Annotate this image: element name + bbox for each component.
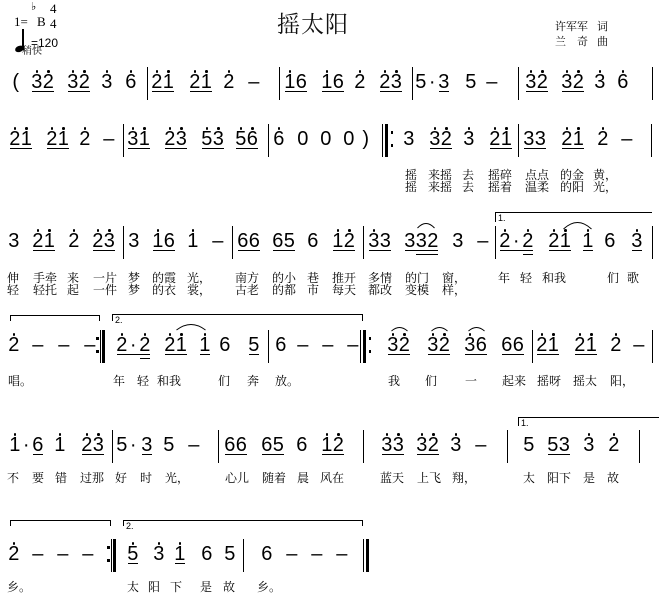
note-group: 32 [429,128,452,154]
underline [117,354,151,355]
underline [500,250,534,251]
lyric-syllable: 的衣 [152,284,176,296]
time-signature-numerator: 4 [50,3,57,15]
octave-dot-icon [167,70,170,73]
octave-dot-icon [588,433,591,436]
note: 3 [450,434,462,456]
octave-dot-icon [337,229,340,232]
note: 5 [163,434,175,456]
note: 6 [237,230,249,252]
note-group: 6 [273,128,285,154]
note: 3 [583,434,595,456]
octave-dot-icon [443,333,446,336]
lyric-syllable: 唱。 [8,375,32,387]
octave-dot-icon [59,433,62,436]
underline [175,563,186,564]
note-group: 6 [125,71,137,97]
octave-dot-icon [157,229,160,232]
note-group: – [297,334,309,360]
sustain-dash: – [297,334,309,356]
note: 3 [380,230,392,252]
lyric-syllable: 古老 [235,284,259,296]
slur-icon [417,223,435,229]
bar-line [123,124,124,157]
note-group: 3 [153,543,165,569]
note-group: 0 [343,128,355,154]
volta-bracket [10,315,100,321]
octave-dot-icon [73,229,76,232]
note: 2 [548,230,560,252]
lyric-syllable: 摇太 [573,375,597,387]
note-group: 33 [381,434,404,460]
note-group: 1 [199,334,211,360]
lyric-syllable: 晨 [297,472,309,484]
sustain-dash: – [103,128,115,150]
note: 2 [68,230,80,252]
note-group: – [336,543,348,569]
sustain-dash: – [633,334,645,356]
note-group: ) [360,128,372,154]
augmentation-dot: · [21,434,33,456]
note: 3 [391,71,403,93]
note: 3 [463,128,475,150]
note: 2 [43,71,55,93]
note: 2 [79,71,91,93]
note: 1 [321,434,333,456]
sustain-dash: – [286,543,298,565]
octave-dot-icon [217,127,220,130]
note-group: 6 [604,230,616,256]
underline [285,91,307,92]
note-group: 3 [463,128,475,154]
octave-dot-icon [169,333,172,336]
lyric-syllable: 我 [388,375,400,387]
octave-dot-icon [553,229,556,232]
lyric-syllable: 光， [593,181,617,193]
note: 5 [415,71,427,93]
repeat-dot-icon [107,559,110,562]
note-group: 32 [525,71,548,97]
note: 2 [81,434,93,456]
lyric-syllable: 都改 [368,284,392,296]
note-group: 21 [32,230,55,256]
underline [417,454,439,455]
sustain-dash: – [486,71,498,93]
octave-dot-icon [395,70,398,73]
note-group: 36 [464,334,487,360]
underline [236,148,258,149]
octave-dot-icon [192,229,195,232]
slur-icon [176,324,206,331]
note: 6 [261,434,273,456]
underline [439,91,450,92]
underline [10,148,32,149]
lyric-syllable: 的阳 [560,181,584,193]
note-group: 3 [128,230,140,256]
underline [165,148,187,149]
octave-dot-icon [326,70,329,73]
note-group: 2 [610,334,622,360]
lyric-syllable: 们 [607,272,619,284]
note: 3 [438,71,450,93]
note: 3 [368,230,380,252]
note: 6 [307,230,319,252]
note-group: – [486,71,498,97]
note-group: 21 [536,334,559,360]
note-group: 33 [523,128,546,154]
octave-dot-icon [132,542,135,545]
note-group: – [57,543,69,569]
note-group: 12 [321,434,344,460]
note-group: 21 [189,71,212,97]
octave-dot-icon [348,229,351,232]
key-signature-prefix: 1= [14,15,28,28]
note-group: 12 [332,230,355,256]
note-group: – [103,128,115,154]
lyric-syllable: 摇呀 [537,375,561,387]
repeat-dot-icon [107,546,110,549]
augmentation-dot: · [511,230,523,252]
note: 2 [379,71,391,93]
note-group: 21 [574,334,597,360]
lyric-syllable: 故 [607,472,619,484]
note: 2 [9,128,21,150]
note-group: 2 [68,230,80,256]
underline [47,148,69,149]
note: 6 [224,434,236,456]
note-group: 32 [67,71,90,97]
note: 2 [573,71,585,93]
note: 5 [127,543,139,565]
score-sheet: 摇太阳 1= ♭ B 4 4 =120 稍快 许军军 词 兰 奇 曲 (3232… [0,0,659,603]
sustain-dash: – [322,334,334,356]
octave-dot-icon [384,70,387,73]
note: 2 [8,543,20,565]
lyric-syllable: 年 [113,375,125,387]
octave-dot-icon [169,127,172,130]
note-group: 21 [561,128,584,154]
note: 3 [393,434,405,456]
note-group: 5 [163,434,175,460]
note: 2 [427,230,439,252]
rest: 0 [320,128,332,150]
time-signature-denominator: 4 [50,18,57,30]
thick-bar-line [102,330,105,363]
underline [416,254,438,255]
octave-dot-icon [13,333,16,336]
note: 2 [428,434,440,456]
note: 2 [561,128,573,150]
note-group: 21 [489,128,512,154]
note: 2 [441,128,453,150]
note: 3 [67,71,79,93]
note: 1 [58,128,70,150]
sustain-dash: – [477,230,489,252]
octave-dot-icon [289,70,292,73]
note: 1 [21,128,33,150]
bar-line [495,226,496,259]
note: 6 [604,230,616,252]
note: 5 [201,128,213,150]
octave-dot-icon [504,229,507,232]
octave-dot-icon [566,127,569,130]
note: 1 [187,230,199,252]
octave-dot-icon [505,127,508,130]
octave-dot-icon [132,127,135,130]
lyricist-name: 许军军 [555,21,588,33]
note-group: – [212,230,224,256]
octave-dot-icon [37,229,40,232]
sustain-dash: – [188,434,200,456]
note-group: 32 [427,334,450,360]
note-group: 2 [223,71,235,97]
octave-dot-icon [278,127,281,130]
note-group: 32 [561,71,584,97]
lyric-syllable: 故 [223,581,235,593]
lyric-syllable: 摇着 [488,181,512,193]
note: 3 [153,543,165,565]
note-group: 1 [174,543,186,569]
octave-dot-icon [579,333,582,336]
underline [322,454,344,455]
note-group: 66 [224,434,247,460]
note-group: 66 [237,230,260,256]
bar-line [518,67,519,100]
octave-dot-icon [434,127,437,130]
octave-dot-icon [48,229,51,232]
octave-dot-icon [108,229,111,232]
note: 1 [152,230,164,252]
octave-dot-icon [622,70,625,73]
note: 3 [176,128,188,150]
note: 3 [416,230,428,252]
note: 3 [429,128,441,150]
underline [428,354,450,355]
bar-line [100,330,101,363]
octave-dot-icon [577,70,580,73]
note: 3 [31,71,43,93]
underline [128,148,150,149]
note: 3 [381,434,393,456]
note-group: – [621,128,633,154]
note: 3 [404,230,416,252]
note: 6 [275,334,287,356]
note-group: 3 [583,434,595,460]
note-group: 65 [261,434,284,460]
octave-dot-icon [206,127,209,130]
octave-dot-icon [494,127,497,130]
note-group: – [84,334,96,360]
bar-line [268,330,269,363]
sustain-dash: – [32,334,44,356]
underline [225,454,247,455]
note: 3 [101,71,113,93]
octave-dot-icon [359,70,362,73]
thick-bar-line [363,330,366,363]
bar-line [363,539,364,572]
composer-role: 曲 [597,36,608,48]
lyric-syllable: 起 [67,284,79,296]
note: 5 [523,434,535,456]
underline [68,91,90,92]
lyric-syllable: 的都 [272,284,296,296]
note-group: 16 [321,71,344,97]
bar-line [218,430,219,463]
octave-dot-icon [599,70,602,73]
bar-line [639,430,640,463]
note: 1 [176,334,188,356]
octave-dot-icon [392,333,395,336]
lyric-syllable: 太 [523,472,535,484]
underline [200,354,211,355]
underline [140,358,151,359]
note-group: 3 [452,230,464,256]
note: 2 [46,128,58,150]
underline [190,91,212,92]
note-group: 23 [164,128,187,154]
bar-line [518,124,519,157]
lyric-syllable: 们 [218,375,230,387]
note: 6 [247,128,259,150]
note: 6 [125,71,137,93]
lyricist-role: 词 [597,21,608,33]
lyric-syllable: 梦 [128,284,140,296]
lyric-syllable: 变模 [405,284,429,296]
lyric-syllable: 上飞 [417,472,441,484]
underline [142,454,153,455]
octave-dot-icon [566,70,569,73]
note-group: 32 [31,71,54,97]
repeat-dot-icon [369,337,372,340]
underline [380,91,402,92]
note: 3 [594,71,606,93]
lyric-syllable: 奔 [247,375,259,387]
lyric-syllable: 阳 [148,581,160,593]
underline [583,250,594,251]
note: 3 [8,230,20,252]
underline [465,354,487,355]
bar-line [112,430,113,463]
note: 3 [403,128,415,150]
octave-dot-icon [204,333,207,336]
note-group: 5 [127,543,139,569]
lyric-syllable: 轻 [137,375,149,387]
octave-dot-icon [240,127,243,130]
note: 2 [8,334,20,356]
note: 2 [574,334,586,356]
note-group: 3 [450,434,462,460]
octave-dot-icon [636,229,639,232]
note: 1 [573,128,585,150]
composer-credit: 兰 奇 曲 [555,36,615,49]
octave-dot-icon [47,70,50,73]
note-group: 2 [608,434,620,460]
thick-bar-line [366,539,369,572]
note: 6 [164,230,176,252]
octave-dot-icon [86,433,89,436]
octave-dot-icon [14,127,17,130]
note-group: 5·3 [415,71,450,97]
note: 6 [617,71,629,93]
parenthesis: ( [10,71,22,93]
note: 3 [559,434,571,456]
sustain-dash: – [621,128,633,150]
octave-dot-icon [455,433,458,436]
note-group: 21 [9,128,32,154]
underline [33,454,44,455]
bar-line [652,226,653,259]
note-group: – [58,334,70,360]
note: 1 [548,334,560,356]
octave-dot-icon [180,127,183,130]
note: 1 [199,334,211,356]
note: 3 [93,434,105,456]
bar-line [111,539,112,572]
octave-dot-icon [51,127,54,130]
note: 6 [219,334,231,356]
lyric-syllable: 风在 [320,472,344,484]
note-group: 2·2 [499,230,534,256]
octave-dot-icon [432,333,435,336]
note: 2 [92,230,104,252]
octave-dot-icon [62,127,65,130]
note: 6 [476,334,488,356]
note: 2 [536,334,548,356]
note-group: 6 [296,434,308,460]
lyric-syllable: 下 [170,581,182,593]
note-group: 5 [224,543,236,569]
note: 1 [9,434,21,456]
note-group: 3 [631,230,643,256]
underline [490,148,512,149]
octave-dot-icon [445,127,448,130]
note: 2 [189,71,201,93]
slur-icon [468,327,485,332]
note-group: 1·6 [9,434,44,460]
volta-bracket [10,520,111,526]
underline [128,563,139,564]
bar-line [279,67,280,100]
sustain-dash: – [311,543,323,565]
lyric-syllable: 放。 [275,375,299,387]
lyric-syllable: 是 [200,581,212,593]
note: 1 [174,543,186,565]
note: 5 [273,434,285,456]
bar-line [360,330,361,363]
note: 3 [213,128,225,150]
volta-bracket: 2. [112,314,363,321]
bar-line [532,330,533,363]
note-group: 6 [201,543,213,569]
repeat-dot-icon [391,131,394,134]
underline [82,454,104,455]
note: 2 [164,128,176,150]
underline [537,354,559,355]
note: 1 [284,71,296,93]
volta-bracket: 2. [123,520,363,526]
lyric-syllable: 乡。 [257,581,281,593]
repeat-dot-icon [369,350,372,353]
note: 6 [201,543,213,565]
note: 1 [201,71,213,93]
bar-line [412,67,413,100]
note-group: 56 [235,128,258,154]
note-group: 2 [8,543,20,569]
lyric-syllable: 要 [32,472,44,484]
song-title: 摇太阳 [277,12,349,38]
note: 2 [79,128,91,150]
note: 3 [141,434,153,456]
